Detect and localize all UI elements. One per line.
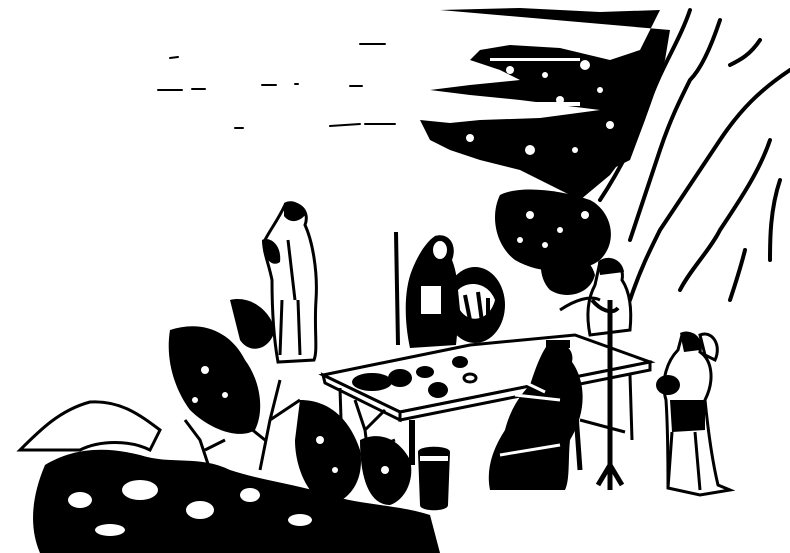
woodblock-illustration	[0, 0, 790, 553]
garden-stool	[418, 447, 450, 511]
